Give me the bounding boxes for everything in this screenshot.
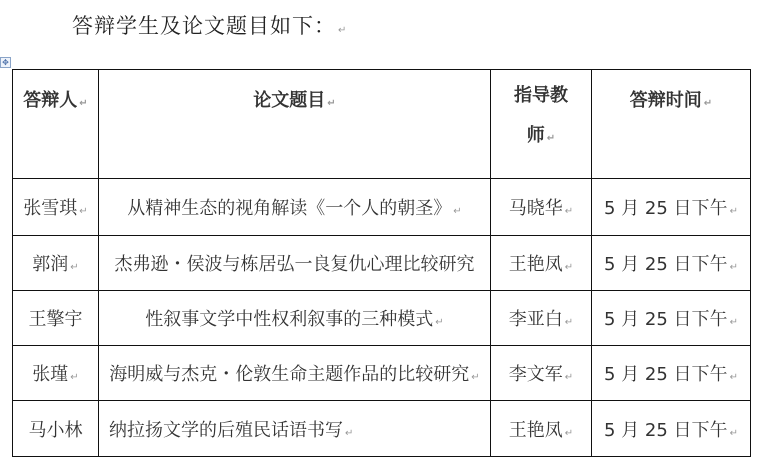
cell-student: 郭润↵ [13, 236, 99, 291]
table-row: 马小林 纳拉扬文学的后殖民话语书写↵ 王艳凤↵ 5 月 25 日下午↵ [13, 401, 751, 457]
cell-time: 5 月 25 日下午↵ [592, 401, 751, 457]
cell-topic: 海明威与杰克・伦敦生命主题作品的比较研究↵ [99, 346, 491, 401]
cell-student: 张瑾↵ [13, 346, 99, 401]
cell-time: 5 月 25 日下午↵ [592, 179, 751, 236]
cell-topic: 纳拉扬文学的后殖民话语书写↵ [99, 401, 491, 457]
defense-table: 答辩人↵ 论文题目↵ 指导教师↵ 答辩时间↵ 张雪琪↵ 从精神生态的视角解读《一… [12, 69, 751, 457]
cell-student: 张雪琪↵ [13, 179, 99, 236]
cell-topic: 性叙事文学中性权利叙事的三种模式↵ [99, 291, 491, 346]
cell-time: 5 月 25 日下午↵ [592, 236, 751, 291]
cell-topic: 杰弗逊・侯波与栋居弘一良复仇心理比较研究 [99, 236, 491, 291]
cell-advisor: 王艳凤↵ [491, 401, 592, 457]
cell-topic: 从精神生态的视角解读《一个人的朝圣》↵ [99, 179, 491, 236]
table-move-handle-icon[interactable]: ✥ [0, 57, 11, 68]
cell-student: 马小林 [13, 401, 99, 457]
header-advisor: 指导教师↵ [491, 70, 592, 179]
header-time: 答辩时间↵ [592, 70, 751, 179]
cell-advisor: 李文军↵ [491, 346, 592, 401]
table-row: 张雪琪↵ 从精神生态的视角解读《一个人的朝圣》↵ 马晓华↵ 5 月 25 日下午… [13, 179, 751, 236]
table-row: 张瑾↵ 海明威与杰克・伦敦生命主题作品的比较研究↵ 李文军↵ 5 月 25 日下… [13, 346, 751, 401]
paragraph-mark-icon: ↵ [338, 25, 347, 36]
cell-time: 5 月 25 日下午↵ [592, 291, 751, 346]
cell-student: 王擎宇 [13, 291, 99, 346]
cell-advisor: 王艳凤↵ [491, 236, 592, 291]
page-heading: 答辩学生及论文题目如下：↵ [72, 10, 347, 40]
cell-advisor: 李亚白↵ [491, 291, 592, 346]
heading-text: 答辩学生及论文题目如下： [72, 14, 336, 38]
table-row: 郭润↵ 杰弗逊・侯波与栋居弘一良复仇心理比较研究 王艳凤↵ 5 月 25 日下午… [13, 236, 751, 291]
table-header-row: 答辩人↵ 论文题目↵ 指导教师↵ 答辩时间↵ [13, 70, 751, 179]
cell-time: 5 月 25 日下午↵ [592, 346, 751, 401]
cell-advisor: 马晓华↵ [491, 179, 592, 236]
table-row: 王擎宇 性叙事文学中性权利叙事的三种模式↵ 李亚白↵ 5 月 25 日下午↵ [13, 291, 751, 346]
header-student: 答辩人↵ [13, 70, 99, 179]
header-topic: 论文题目↵ [99, 70, 491, 179]
